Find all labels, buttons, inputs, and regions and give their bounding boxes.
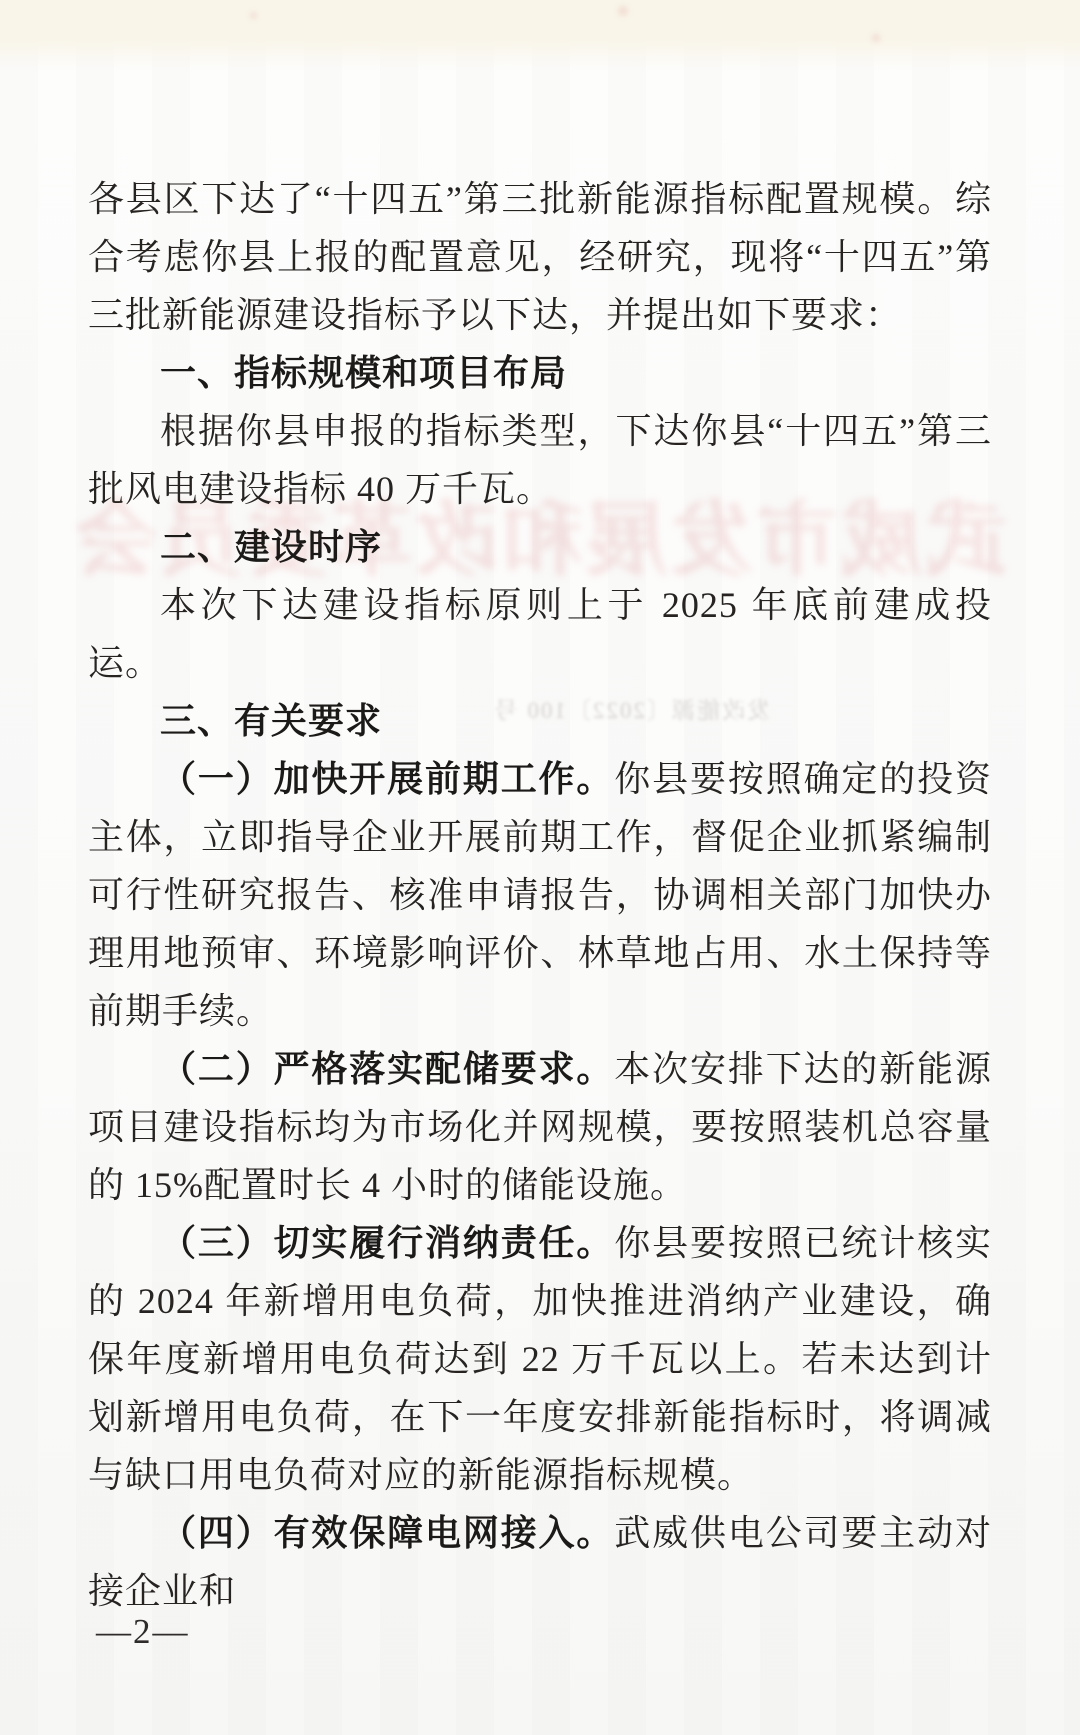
- red-bleed-speck: [618, 6, 628, 16]
- section-heading: 二、建设时序: [88, 518, 992, 576]
- bold-run: 三、有关要求: [160, 700, 382, 741]
- paragraph: 各县区下达了“十四五”第三批新能源指标配置规模。综合考虑你县上报的配置意见，经研…: [88, 170, 992, 344]
- paragraph: （四）有效保障电网接入。武威供电公司要主动对接企业和: [88, 1504, 992, 1620]
- section-heading: 一、指标规模和项目布局: [88, 344, 992, 402]
- red-bleed-speck: [872, 34, 880, 42]
- text-run: 根据你县申报的指标类型，下达你县“十四五”第三批风电建设指标 40 万千瓦。: [88, 411, 992, 509]
- text-run: 你县要按照已统计核实的 2024 年新增用电负荷，加快推进消纳产业建设，确保年度…: [88, 1223, 992, 1495]
- paragraph: （一）加快开展前期工作。你县要按照确定的投资主体，立即指导企业开展前期工作，督促…: [88, 750, 992, 1040]
- bold-run: 二、建设时序: [160, 526, 382, 567]
- text-run: 你县要按照确定的投资主体，立即指导企业开展前期工作，督促企业抓紧编制可行性研究报…: [88, 759, 992, 1031]
- paragraph: （二）严格落实配储要求。本次安排下达的新能源项目建设指标均为市场化并网规模，要按…: [88, 1040, 992, 1214]
- bold-run: 一、指标规模和项目布局: [160, 352, 567, 393]
- scanned-document-page: 武威市发展和改革委员会 发改能源〔2022〕100 号 各县区下达了“十四五”第…: [0, 0, 1080, 1735]
- bold-run: （一）加快开展前期工作。: [160, 759, 614, 799]
- text-run: 本次下达建设指标原则上于 2025 年底前建成投运。: [88, 585, 992, 683]
- paragraph: （三）切实履行消纳责任。你县要按照已统计核实的 2024 年新增用电负荷，加快推…: [88, 1214, 992, 1504]
- bold-run: （二）严格落实配储要求。: [160, 1049, 614, 1089]
- paragraph: 根据你县申报的指标类型，下达你县“十四五”第三批风电建设指标 40 万千瓦。: [88, 402, 992, 518]
- document-body: 各县区下达了“十四五”第三批新能源指标配置规模。综合考虑你县上报的配置意见，经研…: [88, 170, 992, 1620]
- section-heading: 三、有关要求: [88, 692, 992, 750]
- page-number: —2—: [96, 1612, 190, 1652]
- bold-run: （四）有效保障电网接入。: [160, 1513, 614, 1553]
- paragraph: 本次下达建设指标原则上于 2025 年底前建成投运。: [88, 576, 992, 692]
- bold-run: （三）切实履行消纳责任。: [160, 1223, 614, 1263]
- text-run: 各县区下达了“十四五”第三批新能源指标配置规模。综合考虑你县上报的配置意见，经研…: [88, 179, 992, 335]
- red-bleed-speck: [250, 12, 257, 19]
